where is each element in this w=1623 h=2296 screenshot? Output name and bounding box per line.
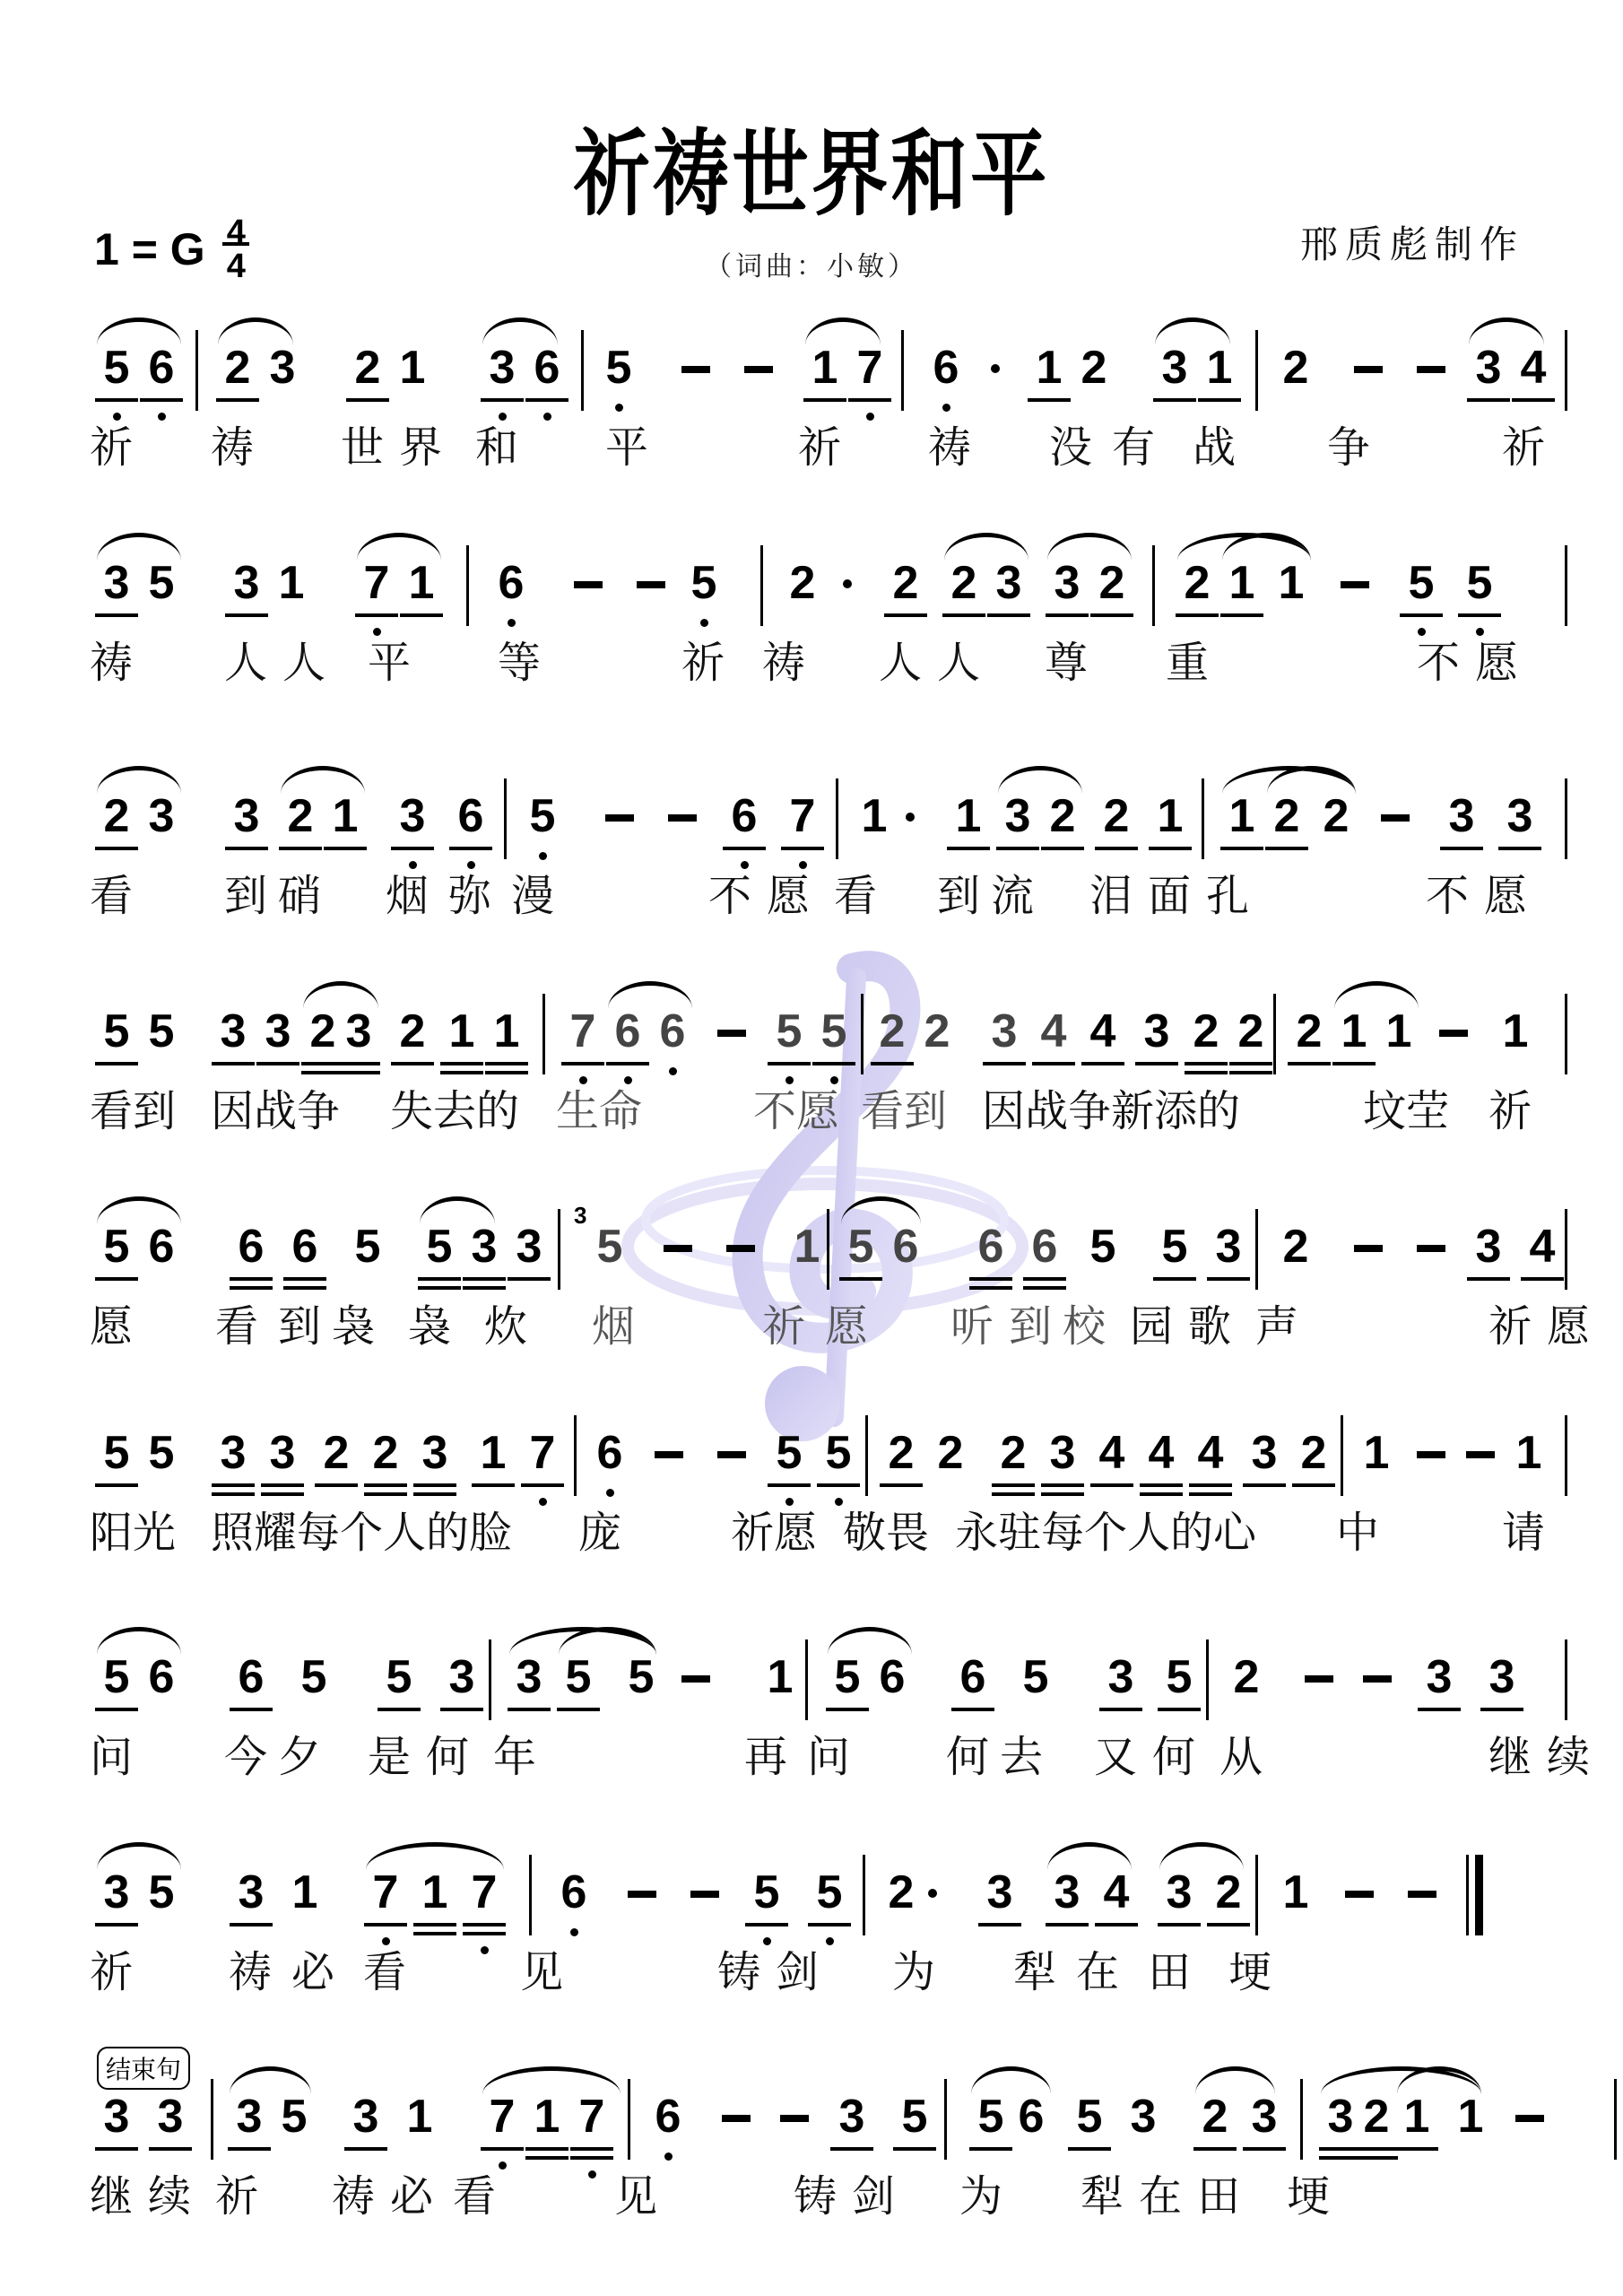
note-digit: 3 (353, 2091, 379, 2143)
note: 3 (332, 1004, 386, 1058)
note-digit: 3 (472, 1221, 498, 1273)
note-digit: 3 (270, 1427, 296, 1479)
note: 7 (565, 2090, 619, 2144)
underline-beam (826, 1708, 869, 1711)
barline (1206, 1639, 1209, 1720)
lyric-text: 问 (807, 1731, 850, 1785)
note: 3 (502, 1650, 556, 1704)
underline-beam (1140, 1483, 1183, 1487)
underline-beam (1095, 1923, 1138, 1926)
underline-beam (992, 1492, 1035, 1496)
note: 1 (1269, 1865, 1323, 1919)
underline-beam (871, 1062, 914, 1065)
note-digit: 6 (893, 1221, 919, 1273)
lyrics-line: 祈祷世界和平祈祷没有战争祈 (90, 422, 1551, 475)
underline-beam (508, 1277, 551, 1281)
lyric-text: 永驻每个人的心 (955, 1507, 1256, 1561)
underline-beam (1288, 1062, 1331, 1065)
octave-dot-below (1476, 628, 1484, 636)
lyric-text: 埂 (1287, 2170, 1330, 2224)
note-digit: 5 (104, 1651, 130, 1703)
note: 6 (641, 2090, 695, 2144)
note-digit: 1 (400, 342, 426, 394)
underline-beam (230, 1708, 273, 1711)
note: 1 (942, 789, 995, 843)
note-digit: 3 (221, 1005, 247, 1057)
slur-arc (805, 317, 881, 345)
slur-arc (944, 533, 1028, 561)
lyric-text: 是 (368, 1731, 411, 1785)
lyric-text: 因战争 (211, 1085, 340, 1139)
note-digit: 5 (104, 1005, 130, 1057)
sustain-dash (668, 814, 697, 822)
lyric-text: 校 (1063, 1300, 1106, 1354)
note: 1 (1372, 1004, 1426, 1058)
underline-beam (1140, 1492, 1183, 1496)
lyric-text: 祈 (798, 422, 841, 475)
final-barline (1614, 2079, 1623, 2160)
note: 2 (386, 1004, 439, 1058)
sustain-dash (722, 2115, 751, 2122)
underline-beam (485, 1071, 528, 1074)
note-digit: 1 (449, 1005, 475, 1057)
lyric-text: 祈愿 (731, 1507, 817, 1561)
note: 2 (309, 1426, 363, 1480)
note-digit: 3 (996, 557, 1022, 609)
lyric-text: 田 (1148, 1946, 1191, 2000)
note: 5 (677, 556, 731, 610)
underline-beam (1090, 613, 1133, 617)
underline-beam (1220, 613, 1263, 617)
sustain-dash (1439, 1030, 1468, 1037)
underline-beam (969, 2147, 1012, 2151)
lyric-text: 世 (341, 422, 384, 475)
underline-beam (315, 1483, 358, 1487)
note-digit: 1 (1404, 2091, 1430, 2143)
note: 2 (1269, 341, 1323, 395)
underline-beam (1400, 613, 1443, 617)
note-digit: 1 (1207, 342, 1233, 394)
note: 2 (910, 1004, 964, 1058)
note-digit: 6 (978, 1221, 1004, 1273)
lyric-text: 又 (1094, 1731, 1137, 1785)
barline (1255, 1209, 1258, 1290)
underline-beam (95, 2147, 138, 2151)
underline-beam (400, 613, 443, 617)
underline-beam (848, 398, 891, 402)
underline-beam (830, 2147, 873, 2151)
barline (760, 545, 763, 626)
barline (489, 1639, 491, 1720)
note: 3 (1435, 789, 1488, 843)
lyric-text: 祷 (332, 2170, 375, 2224)
note: 2 (776, 556, 829, 610)
octave-dot-below (785, 1498, 794, 1506)
lyric-text: 夕 (278, 1731, 321, 1785)
sustain-dash (628, 1891, 656, 1898)
note: 1 (278, 1865, 332, 1919)
note: 5 (551, 1650, 605, 1704)
underline-beam (1028, 398, 1071, 402)
underline-beam (951, 1708, 994, 1711)
note-digit: 2 (1216, 1866, 1242, 1918)
sustain-dash (1354, 1245, 1383, 1252)
note-digit: 2 (1202, 2091, 1228, 2143)
note-digit: 3 (400, 790, 426, 842)
octave-dot-below (624, 1076, 632, 1084)
note-digit: 3 (1131, 2091, 1157, 2143)
note: 7 (776, 789, 829, 843)
octave-dot-below (373, 628, 381, 636)
note: 3 (1152, 1865, 1206, 1919)
lyric-text: 炊 (484, 1300, 527, 1354)
notation-line: 3335317176355653233211 (90, 2054, 1551, 2170)
sustain-dash (726, 1245, 755, 1252)
underline-beam (1189, 1492, 1232, 1496)
note: 3 (1130, 1004, 1184, 1058)
barline (558, 1209, 560, 1290)
underline-beam (1243, 1483, 1286, 1487)
note-digit: 2 (1185, 557, 1211, 609)
note-digit: 6 (1019, 2091, 1045, 2143)
underline-beam (283, 1277, 326, 1281)
underline-beam (1243, 2147, 1286, 2151)
note-digit: 6 (239, 1221, 265, 1273)
note: 5 (135, 1426, 188, 1480)
note-digit: 3 (149, 790, 175, 842)
barline (1255, 330, 1258, 411)
note-digit: 4 (1041, 1005, 1067, 1057)
octave-dot-below (508, 619, 516, 627)
note: 7 (457, 1865, 511, 1919)
note: 4 (1515, 1220, 1569, 1274)
note: 1 (1350, 1426, 1403, 1480)
lyric-text: 祷 (762, 637, 805, 691)
notation-line: 233213656711322112233 (90, 753, 1551, 870)
note: 4 (1506, 341, 1560, 395)
note-digit: 3 (346, 1005, 372, 1057)
lyric-text: 孔 (1206, 870, 1249, 924)
underline-beam (283, 1286, 326, 1290)
note: 3 (1040, 1865, 1094, 1919)
note-digit: 7 (373, 1866, 399, 1918)
sustain-dash (1417, 1245, 1445, 1252)
note-digit: 3 (1476, 1221, 1502, 1273)
lyric-text: 祷 (90, 637, 133, 691)
lyric-text: 愿 (1475, 637, 1518, 691)
note: 7 (843, 341, 897, 395)
note-digit: 3 (1108, 1651, 1134, 1703)
lyric-text: 愿 (1547, 1300, 1590, 1354)
underline-beam (947, 847, 990, 850)
barline (529, 1855, 532, 1935)
note-digit: 1 (1037, 342, 1063, 394)
lyric-text: 看 (215, 1300, 258, 1354)
note: 3 (386, 789, 439, 843)
note-digit: 2 (889, 1427, 915, 1479)
note: 6 (1004, 2090, 1058, 2144)
note: 2 (986, 1426, 1040, 1480)
note-digit: 3 (104, 1866, 130, 1918)
lyric-text: 照耀每个人的脸 (211, 1507, 512, 1561)
note-digit: 3 (221, 1427, 247, 1479)
note-digit: 3 (1216, 1221, 1242, 1273)
underline-beam (1480, 1708, 1523, 1711)
note: 1 (466, 1426, 520, 1480)
underline-beam (1332, 1062, 1376, 1065)
lyric-text: 园 (1130, 1300, 1173, 1354)
note-digit: 1 (1229, 790, 1255, 842)
note: 5 (267, 2090, 321, 2144)
lyric-text: 田 (1197, 2170, 1240, 2224)
note-digit: 1 (279, 557, 305, 609)
note-digit: 6 (499, 557, 525, 609)
note-digit: 3 (1162, 342, 1188, 394)
octave-dot-below (382, 1937, 390, 1945)
underline-beam (1467, 398, 1510, 402)
note-digit: 2 (324, 1427, 350, 1479)
note-digit: 7 (472, 1866, 498, 1918)
underline-beam (418, 1286, 461, 1290)
slur-arc (97, 766, 181, 794)
note-digit: 6 (655, 2091, 681, 2143)
lyric-text: 敬畏 (843, 1507, 929, 1561)
note-digit: 2 (1301, 1427, 1327, 1479)
lyric-text: 面 (1148, 870, 1191, 924)
underline-beam (1046, 1923, 1089, 1926)
note: 1 (1193, 341, 1246, 395)
underline-beam (413, 1483, 456, 1487)
lyric-text: 祷 (928, 422, 971, 475)
lyric-text: 看 (834, 870, 877, 924)
note-digit: 5 (754, 1866, 780, 1918)
note-digit: 1 (481, 1427, 507, 1479)
underline-beam (1046, 613, 1089, 617)
barline (504, 778, 507, 859)
notation-line: 35317176552334321 (90, 1830, 1551, 1946)
lyric-text: 愿 (90, 1300, 133, 1354)
underline-beam (1023, 1277, 1066, 1281)
note-digit: 2 (104, 790, 130, 842)
note-digit: 5 (355, 1221, 381, 1273)
underline-beam (1068, 2147, 1111, 2151)
underline-beam (1185, 1062, 1228, 1065)
lyric-text: 继 (90, 2170, 133, 2224)
lyric-text: 看 (363, 1946, 406, 2000)
lyric-text: 愿 (825, 1300, 868, 1354)
note-digit: 1 (407, 2091, 433, 2143)
lyric-text: 剑 (852, 2170, 895, 2224)
note: 6 (224, 1650, 278, 1704)
underline-beam (485, 1062, 528, 1065)
score-row: 5623213651761231234祈祷世界和平祈祷没有战争祈 (90, 305, 1551, 484)
note: 5 (803, 1865, 856, 1919)
note-digit: 3 (234, 790, 260, 842)
lyrics-line: 祷人人平等祈祷人人尊重不愿 (90, 637, 1551, 691)
note: 1 (408, 1865, 462, 1919)
barline (1565, 330, 1567, 411)
note: 5 (341, 1220, 395, 1274)
octave-dot-below (1418, 628, 1426, 636)
note-digit: 3 (158, 2091, 184, 2143)
lyric-text: 何 (1152, 1731, 1195, 1785)
lyric-text: 到 (937, 870, 980, 924)
underline-beam (95, 1277, 138, 1281)
lyric-text: 续 (148, 2170, 191, 2224)
note: 5 (1152, 1650, 1206, 1704)
barline (1202, 778, 1204, 859)
underline-beam (337, 1062, 380, 1065)
note-digit: 1 (1364, 1427, 1390, 1479)
underline-beam (1185, 1071, 1228, 1074)
octave-dot-below (700, 619, 708, 627)
note-digit: 3 (1252, 2091, 1278, 2143)
note-digit: 5 (104, 1427, 130, 1479)
note-digit: 5 (691, 557, 717, 609)
octave-dot-below (830, 1076, 838, 1084)
lyric-text: 歌 (1188, 1300, 1231, 1354)
octave-dot-below (579, 1076, 587, 1084)
note: 2 (1224, 1004, 1278, 1058)
lyric-text: 人 (282, 637, 325, 691)
barline (1565, 1415, 1567, 1496)
note-digit: 6 (660, 1005, 686, 1057)
lyric-text: 不愿 (753, 1085, 839, 1139)
note-digit: 3 (449, 1651, 475, 1703)
lyric-text: 声 (1255, 1300, 1298, 1354)
note: 6 (135, 1650, 188, 1704)
underline-beam (969, 1277, 1012, 1281)
note-digit: 1 (1386, 1005, 1412, 1057)
underline-beam (256, 1062, 299, 1065)
underline-beam (337, 1071, 380, 1074)
lyric-text: 祈 (215, 2170, 258, 2224)
barline (944, 2079, 947, 2160)
lyric-text: 看 (453, 2170, 496, 2224)
underline-beam (1220, 847, 1263, 850)
note-digit: 3 (1252, 1427, 1278, 1479)
augmentation-dot (843, 579, 852, 588)
underline-beam (808, 1923, 851, 1926)
underline-beam (212, 1492, 255, 1496)
slur-arc (1155, 317, 1230, 345)
note-digit: 1 (1283, 1866, 1309, 1918)
note: 1 (393, 2090, 447, 2144)
slur-arc (1469, 317, 1544, 345)
barline (1565, 545, 1567, 626)
note-digit: 5 (606, 342, 632, 394)
underline-beam (413, 1923, 456, 1926)
underline-beam (140, 398, 183, 402)
note-digit: 3 (1005, 790, 1031, 842)
note: 3 (1202, 1220, 1255, 1274)
augmentation-dot (928, 1889, 937, 1898)
sustain-dash (744, 366, 773, 373)
note: 6 (1018, 1220, 1072, 1274)
note: 5 (135, 556, 188, 610)
sustain-dash (655, 1451, 683, 1458)
lyric-text: 见 (614, 2170, 657, 2224)
octave-dot-below (741, 861, 749, 869)
underline-beam (817, 1483, 860, 1487)
sustain-dash (637, 581, 665, 588)
note-digit: 3 (1144, 1005, 1170, 1057)
underline-beam (355, 613, 398, 617)
note-digit: 5 (1467, 557, 1493, 609)
underline-beam (1041, 847, 1084, 850)
note-digit: 1 (1503, 1005, 1529, 1057)
underline-beam (723, 847, 766, 850)
note: 3 (1412, 1650, 1466, 1704)
underline-beam (893, 2147, 936, 2151)
note-digit: 2 (889, 1866, 915, 1918)
underline-beam (413, 1932, 456, 1935)
note: 2 (1260, 789, 1314, 843)
underline-beam (472, 1483, 515, 1487)
lyric-text: 袅 (332, 1300, 375, 1354)
note-digit: 6 (534, 342, 560, 394)
note: 1 (1390, 2090, 1444, 2144)
note-digit: 3 (239, 1866, 265, 1918)
slur-arc (97, 533, 181, 561)
sustain-dash (690, 1891, 719, 1898)
octave-dot-below (570, 1928, 578, 1936)
note-digit: 3 (1507, 790, 1533, 842)
note-digit: 5 (149, 1005, 175, 1057)
underline-beam (745, 1923, 788, 1926)
note-digit: 5 (848, 1221, 874, 1273)
slur-arc (1047, 533, 1132, 561)
lyrics-line: 阳光照耀每个人的脸庞祈愿敬畏永驻每个人的心中请 (90, 1507, 1551, 1561)
underline-beam (768, 1062, 811, 1065)
lyric-text: 铸 (717, 1946, 760, 2000)
underline-beam (324, 847, 367, 850)
note-digit: 7 (570, 1005, 596, 1057)
slur-arc (482, 2066, 621, 2094)
note: 5 (287, 1650, 341, 1704)
slur-arc (97, 1627, 181, 1655)
lyric-text: 有 (1112, 422, 1155, 475)
note-digit: 1 (422, 1866, 448, 1918)
underline-beam (216, 398, 259, 402)
underline-beam (95, 1483, 138, 1487)
note: 5 (1076, 1220, 1130, 1274)
underline-beam (95, 1708, 138, 1711)
sustain-dash (681, 1675, 710, 1683)
lyric-text: 泪 (1089, 870, 1133, 924)
lyric-text: 界 (399, 422, 442, 475)
underline-beam (212, 1483, 255, 1487)
score-row: 55332231765522234443211阳光照耀每个人的脸庞祈愿敬畏永驻每… (90, 1390, 1551, 1570)
octave-dot-below (606, 1489, 614, 1497)
octave-dot-below (467, 861, 475, 869)
lyric-text: 阳光 (90, 1507, 176, 1561)
note-digit: 1 (1229, 557, 1255, 609)
underline-beam (1207, 1923, 1250, 1926)
note: 2 (1309, 789, 1363, 843)
note-digit: 6 (149, 1221, 175, 1273)
note-digit: 2 (1274, 790, 1300, 842)
score-row: 5665533551566535233问今夕是何年再问何去又何从继续 (90, 1614, 1551, 1794)
lyric-text: 硝 (278, 870, 321, 924)
note-digit: 4 (1090, 1005, 1116, 1057)
note: 6 (278, 1220, 332, 1274)
underline-beam (225, 613, 268, 617)
sustain-dash (1363, 1675, 1392, 1683)
slur-arc (97, 1842, 181, 1870)
note: 4 (1134, 1426, 1188, 1480)
lyric-text: 在 (1076, 1946, 1119, 2000)
